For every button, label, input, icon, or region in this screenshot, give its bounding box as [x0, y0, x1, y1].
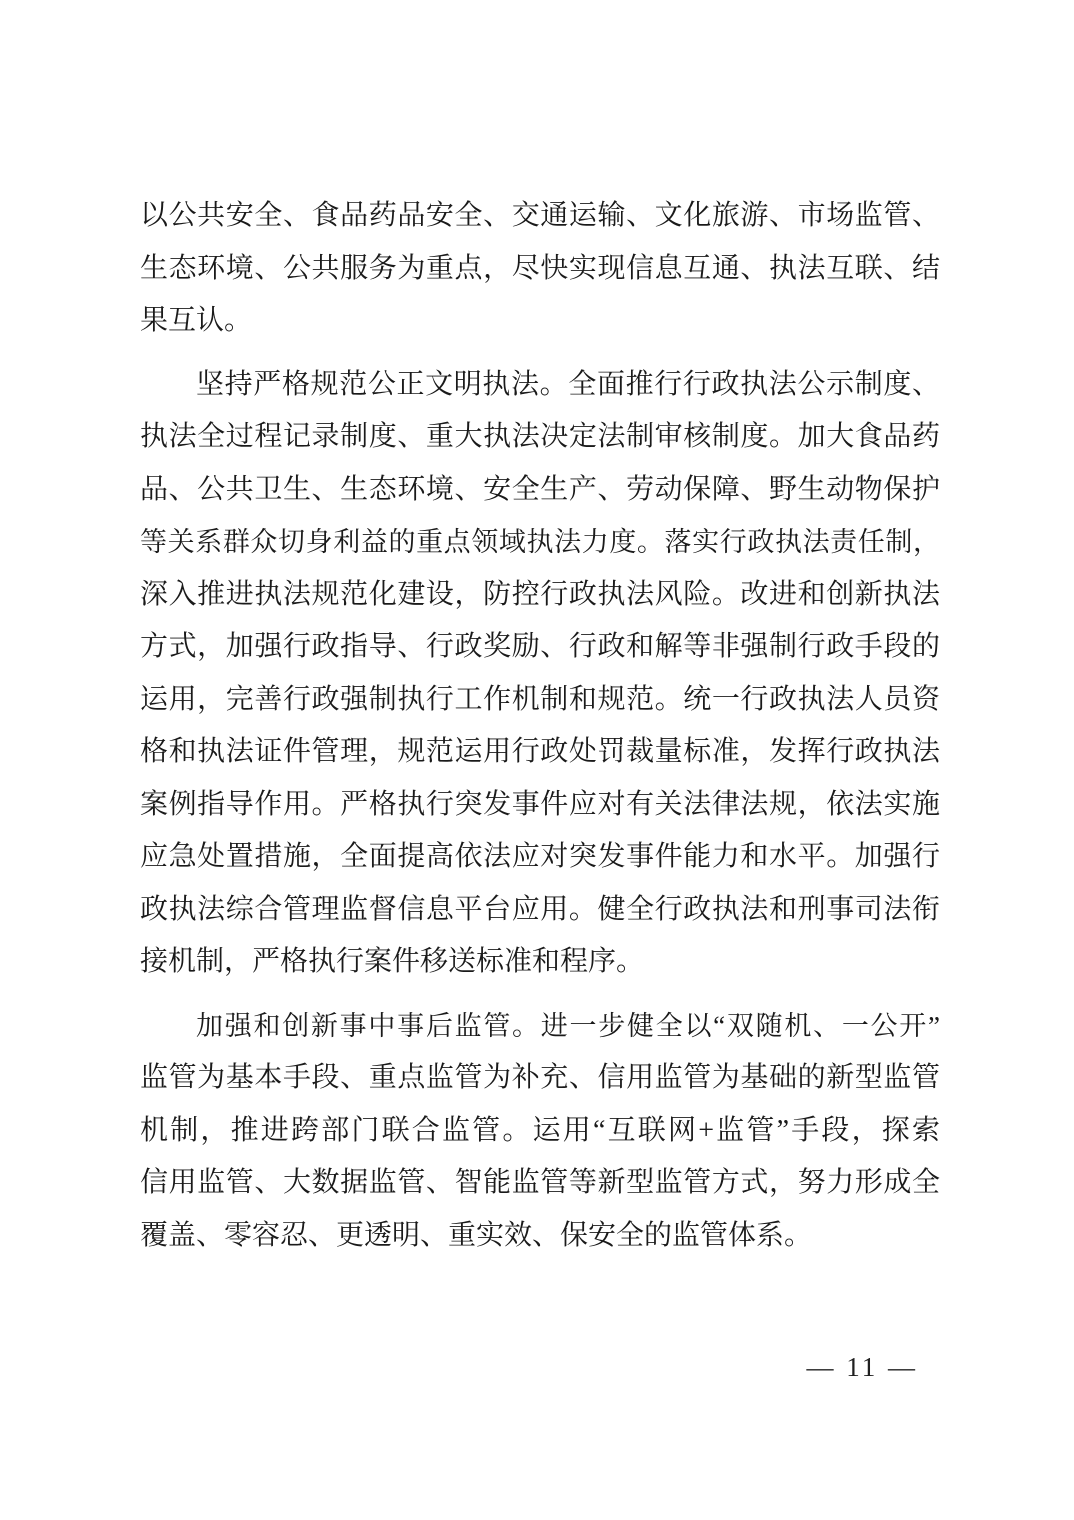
text-line: 政执法综合管理监督信息平台应用。健全行政执法和刑事司法衔 — [140, 884, 940, 937]
text-line: 果互认。 — [140, 295, 940, 348]
text-line: 以公共安全、食品药品安全、交通运输、文化旅游、市场监管、 — [140, 190, 940, 243]
paragraph: 以公共安全、食品药品安全、交通运输、文化旅游、市场监管、 生态环境、公共服务为重… — [140, 190, 940, 348]
text-line: 运用，完善行政强制执行工作机制和规范。统一行政执法人员资 — [140, 674, 940, 727]
text-line: 机制，推进跨部门联合监管。运用“互联网+监管”手段，探索 — [140, 1105, 940, 1158]
paragraph: 加强和创新事中事后监管。进一步健全以“双随机、一公开” 监管为基本手段、重点监管… — [140, 1000, 940, 1263]
text-line: 深入推进执法规范化建设，防控行政执法风险。改进和创新执法 — [140, 569, 940, 622]
text-line: 加强和创新事中事后监管。进一步健全以“双随机、一公开” — [140, 1000, 940, 1053]
document-text: 以公共安全、食品药品安全、交通运输、文化旅游、市场监管、 生态环境、公共服务为重… — [140, 190, 940, 1262]
page-number: — 11 — — [807, 1352, 919, 1383]
text-line: 等关系群众切身利益的重点领域执法力度。落实行政执法责任制， — [140, 516, 940, 569]
text-line: 信用监管、大数据监管、智能监管等新型监管方式，努力形成全 — [140, 1157, 940, 1210]
text-line: 覆盖、零容忍、更透明、重实效、保安全的监管体系。 — [140, 1210, 940, 1263]
document-page: 以公共安全、食品药品安全、交通运输、文化旅游、市场监管、 生态环境、公共服务为重… — [0, 0, 1074, 1520]
text-line: 案例指导作用。严格执行突发事件应对有关法律法规，依法实施 — [140, 779, 940, 832]
text-line: 坚持严格规范公正文明执法。全面推行行政执法公示制度、 — [140, 359, 940, 412]
text-line: 生态环境、公共服务为重点，尽快实现信息互通、执法互联、结 — [140, 243, 940, 296]
text-line: 接机制，严格执行案件移送标准和程序。 — [140, 936, 940, 989]
text-line: 监管为基本手段、重点监管为补充、信用监管为基础的新型监管 — [140, 1052, 940, 1105]
text-line: 品、公共卫生、生态环境、安全生产、劳动保障、野生动物保护 — [140, 464, 940, 517]
text-line: 应急处置措施，全面提高依法应对突发事件能力和水平。加强行 — [140, 831, 940, 884]
text-line: 格和执法证件管理，规范运用行政处罚裁量标准，发挥行政执法 — [140, 726, 940, 779]
paragraph: 坚持严格规范公正文明执法。全面推行行政执法公示制度、 执法全过程记录制度、重大执… — [140, 359, 940, 989]
text-line: 执法全过程记录制度、重大执法决定法制审核制度。加大食品药 — [140, 411, 940, 464]
text-line: 方式，加强行政指导、行政奖励、行政和解等非强制行政手段的 — [140, 621, 940, 674]
